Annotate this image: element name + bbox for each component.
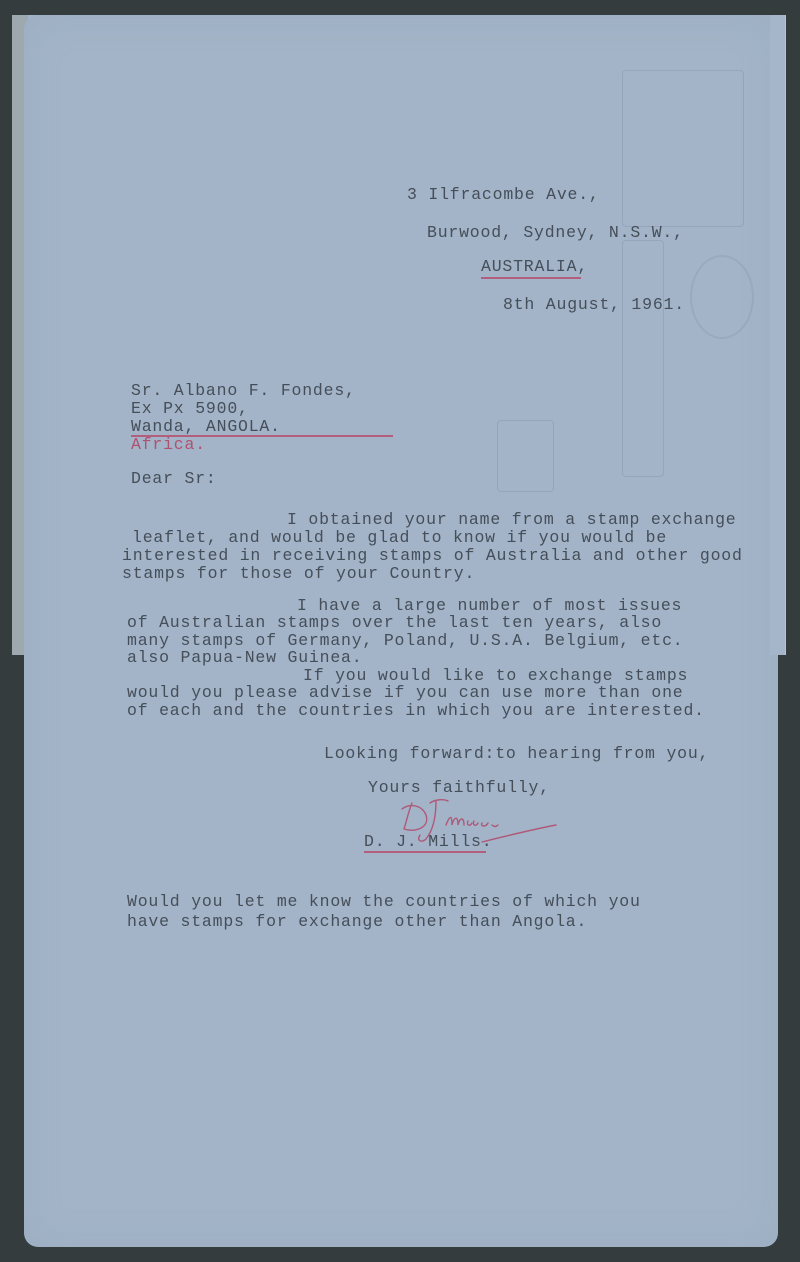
paragraph-3-line-2: would you please advise if you can use m… <box>127 684 683 702</box>
stamp-showthrough-small <box>497 420 554 492</box>
postscript-line-2: have stamps for exchange other than Ango… <box>127 913 587 931</box>
paper-right-edge <box>770 15 786 655</box>
signatory-underline <box>364 851 486 853</box>
paragraph-1-line-3: interested in receiving stamps of Austra… <box>122 547 743 565</box>
paragraph-2-line-4: also Papua-New Guinea. <box>127 649 362 667</box>
sender-suburb: Burwood, Sydney, N.S.W., <box>427 224 684 242</box>
recipient-continent: Africa. <box>131 436 206 454</box>
paragraph-2-line-2: of Australian stamps over the last ten y… <box>127 614 662 632</box>
paragraph-3-line-3: of each and the countries in which you a… <box>127 702 705 720</box>
sender-country: AUSTRALIA, <box>481 258 588 276</box>
airmail-label-showthrough <box>622 240 664 477</box>
stamp-showthrough <box>622 70 744 227</box>
paragraph-1-line-2: leaflet, and would be glad to know if yo… <box>132 529 667 547</box>
sender-street: 3 Ilfracombe Ave., <box>407 186 600 204</box>
paragraph-1-line-4: stamps for those of your Country. <box>122 565 475 583</box>
closing-line: Looking forward:to hearing from you, <box>324 745 709 763</box>
salutation: Dear Sr: <box>131 470 217 488</box>
letter-date: 8th August, 1961. <box>503 296 685 314</box>
recipient-name: Sr. Albano F. Fondes, <box>131 382 356 400</box>
signatory-name: D. J. Mills. <box>364 833 492 851</box>
recipient-city: Wanda, ANGOLA. <box>131 418 281 436</box>
country-underline <box>481 277 581 279</box>
recipient-box: Ex Px 5900, <box>131 400 249 418</box>
postmark-showthrough <box>690 255 754 339</box>
paragraph-1-line-1: I obtained your name from a stamp exchan… <box>287 511 736 529</box>
postscript-line-1: Would you let me know the countries of w… <box>127 893 641 911</box>
